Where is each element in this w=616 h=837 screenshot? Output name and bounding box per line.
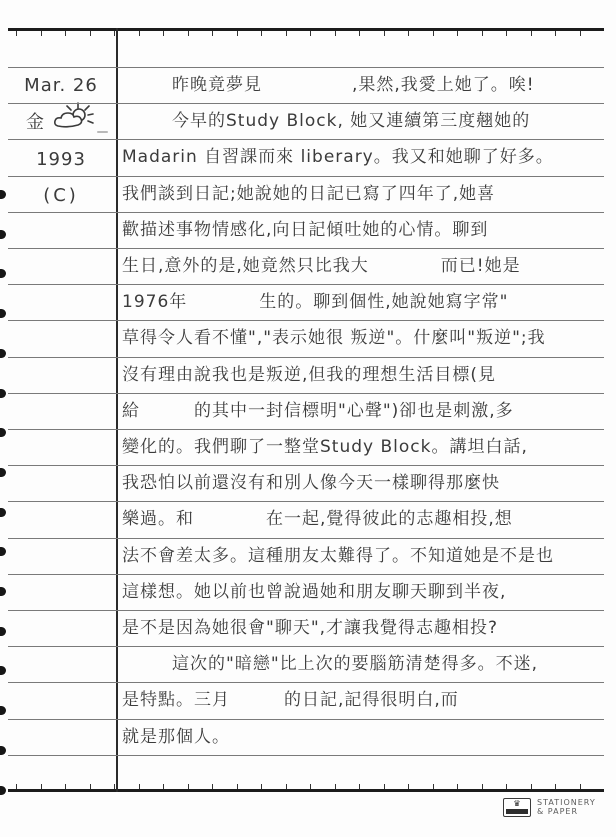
ruled-line [8, 501, 604, 502]
ruler-tick [359, 31, 360, 36]
ruled-line [8, 67, 604, 68]
pen-dash-mark [97, 131, 108, 133]
ruled-line [8, 646, 604, 647]
ruler-tick [310, 31, 311, 36]
diary-line: 沒有理由說我也是叛逆,但我的理想生活目標(見 [122, 357, 608, 394]
binding-hole [0, 746, 6, 755]
ruler-tick [482, 31, 483, 36]
ruler-tick [65, 31, 66, 36]
brand-logo: ♛ [503, 798, 531, 817]
diary-line: 生日,意外的是,她竟然只比我大 而已!她是 [122, 248, 608, 285]
diary-line: 1976年 生的。聊到個性,她說她寫字常" [122, 284, 608, 321]
ruler-tick [114, 31, 115, 36]
ruler-tick [506, 784, 507, 789]
ruler-tick [384, 31, 385, 36]
ruler-tick [433, 31, 434, 36]
binding-hole [0, 389, 6, 398]
binding-hole [0, 547, 6, 556]
ruler-tick [286, 784, 287, 789]
binding-hole [0, 309, 6, 318]
diary-line: 我們談到日記;她說她的日記已寫了四年了,她喜 [122, 176, 608, 213]
ruler-tick [41, 31, 42, 36]
ruler-tick [384, 784, 385, 789]
binding-hole [0, 587, 6, 596]
ruled-line [8, 465, 604, 466]
diary-line: 今早的Study Block, 她又連續第三度翹她的 [122, 103, 608, 140]
ruled-line [8, 284, 604, 285]
ruler-tick [531, 784, 532, 789]
binding-hole [0, 627, 6, 636]
ruler-tick [163, 784, 164, 789]
ruler-tick [482, 784, 483, 789]
ruler-tick [555, 784, 556, 789]
ruled-line [8, 574, 604, 575]
diary-line: 是不是因為她很會"聊天",才讓我覺得志趣相投? [122, 610, 608, 647]
binding-hole [0, 508, 6, 517]
binding-hole [0, 706, 6, 715]
date-label: Mar. 26 [8, 67, 114, 103]
diary-line: 樂過。和 在一起,覺得彼此的志趣相投,想 [122, 501, 608, 538]
diary-line: 給 的其中一封信標明"心聲")卻也是刺激,多 [122, 393, 608, 430]
ruler-tick [286, 31, 287, 36]
ruler-tick [531, 31, 532, 36]
diary-line: 是特點。三月 的日記,記得很明白,而 [122, 682, 608, 719]
ruler-tick [16, 31, 17, 36]
diary-line: 就是那個人。 [122, 719, 608, 756]
binding-hole [0, 666, 6, 675]
ruler-tick [359, 784, 360, 789]
ruled-line [8, 212, 604, 213]
ruler-tick [506, 31, 507, 36]
stationery-brand-text: STATIONERY & PAPER [537, 798, 596, 816]
ruler-tick [188, 784, 189, 789]
year-label: 1993 [8, 141, 114, 177]
ruled-line [8, 755, 604, 756]
diary-line: 法不會差太多。這種朋友太難得了。不知道她是不是也 [122, 538, 608, 575]
ruler-tick [457, 784, 458, 789]
ruler-tick [139, 31, 140, 36]
ruled-line [8, 429, 604, 430]
ruler-tick [65, 784, 66, 789]
ruled-line [8, 538, 604, 539]
binding-hole [0, 230, 6, 239]
diary-page: Mar. 26 金 1993 (C) 昨晚竟夢見 [0, 0, 616, 837]
ruler-tick [237, 784, 238, 789]
binding-hole [0, 269, 6, 278]
ruled-line [8, 393, 604, 394]
binding-hole [0, 786, 6, 795]
ruler-tick [16, 784, 17, 789]
ruler-tick [41, 784, 42, 789]
ruler-tick [139, 784, 140, 789]
ruler-tick [237, 31, 238, 36]
diary-line: 這樣想。她以前也曾說過她和朋友聊天聊到半夜, [122, 574, 608, 611]
ruler-tick [188, 31, 189, 36]
ruler-tick [90, 31, 91, 36]
diary-line: 昨晚竟夢見 ,果然,我愛上她了。唉! [122, 67, 608, 104]
ruler-tick [580, 784, 581, 789]
ruler-tick [114, 784, 115, 789]
crown-icon: ♛ [513, 799, 520, 808]
diary-line: 草得令人看不懂","表示她很 叛逆"。什麼叫"叛逆";我 [122, 320, 608, 357]
ruler-tick [90, 784, 91, 789]
brand-line-1: STATIONERY [537, 798, 596, 807]
ruled-line [8, 682, 604, 683]
diary-line: Madarin 自習課而來 liberary。我又和她聊了好多。 [122, 139, 608, 176]
ruled-line [8, 610, 604, 611]
ruler-tick [555, 31, 556, 36]
brand-band [506, 809, 528, 814]
brand-line-2: & PAPER [537, 807, 596, 816]
ruler-tick [408, 31, 409, 36]
ruler-tick [310, 784, 311, 789]
diary-line: 我恐怕以前還沒有和別人像今天一樣聊得那麼快 [122, 465, 608, 502]
binding-hole [0, 190, 6, 199]
diary-line: 歡描述事物情感化,向日記傾吐她的心情。聊到 [122, 212, 608, 249]
sun-behind-cloud-icon [51, 102, 97, 139]
ruler-tick [457, 31, 458, 36]
ruled-line [8, 176, 604, 177]
ruled-line [8, 248, 604, 249]
ruler-tick [335, 784, 336, 789]
ruler-tick [261, 31, 262, 36]
diary-line: 這次的"暗戀"比上次的要腦筋清楚得多。不迷, [122, 646, 608, 683]
ruled-line [8, 320, 604, 321]
mood-label: (C) [8, 177, 114, 213]
ruler-tick [408, 784, 409, 789]
top-border-line [8, 28, 604, 31]
binding-hole [0, 468, 6, 477]
binding-hole [0, 428, 6, 437]
ruler-tick [433, 784, 434, 789]
ruler-tick [261, 784, 262, 789]
weekday-cell: 金 [8, 103, 132, 139]
bottom-border-line [8, 789, 604, 792]
ruled-line [8, 103, 604, 104]
ruler-tick [212, 784, 213, 789]
margin-divider-line [116, 28, 118, 792]
weekday-label: 金 [26, 108, 45, 134]
binding-hole [0, 349, 6, 358]
ruler-tick [335, 31, 336, 36]
diary-line: 變化的。我們聊了一整堂Study Block。講坦白話, [122, 429, 608, 466]
ruled-line [8, 357, 604, 358]
ruled-line [8, 719, 604, 720]
ruled-line [8, 139, 604, 140]
ruler-tick [163, 31, 164, 36]
ruler-tick [212, 31, 213, 36]
ruler-tick [580, 31, 581, 36]
